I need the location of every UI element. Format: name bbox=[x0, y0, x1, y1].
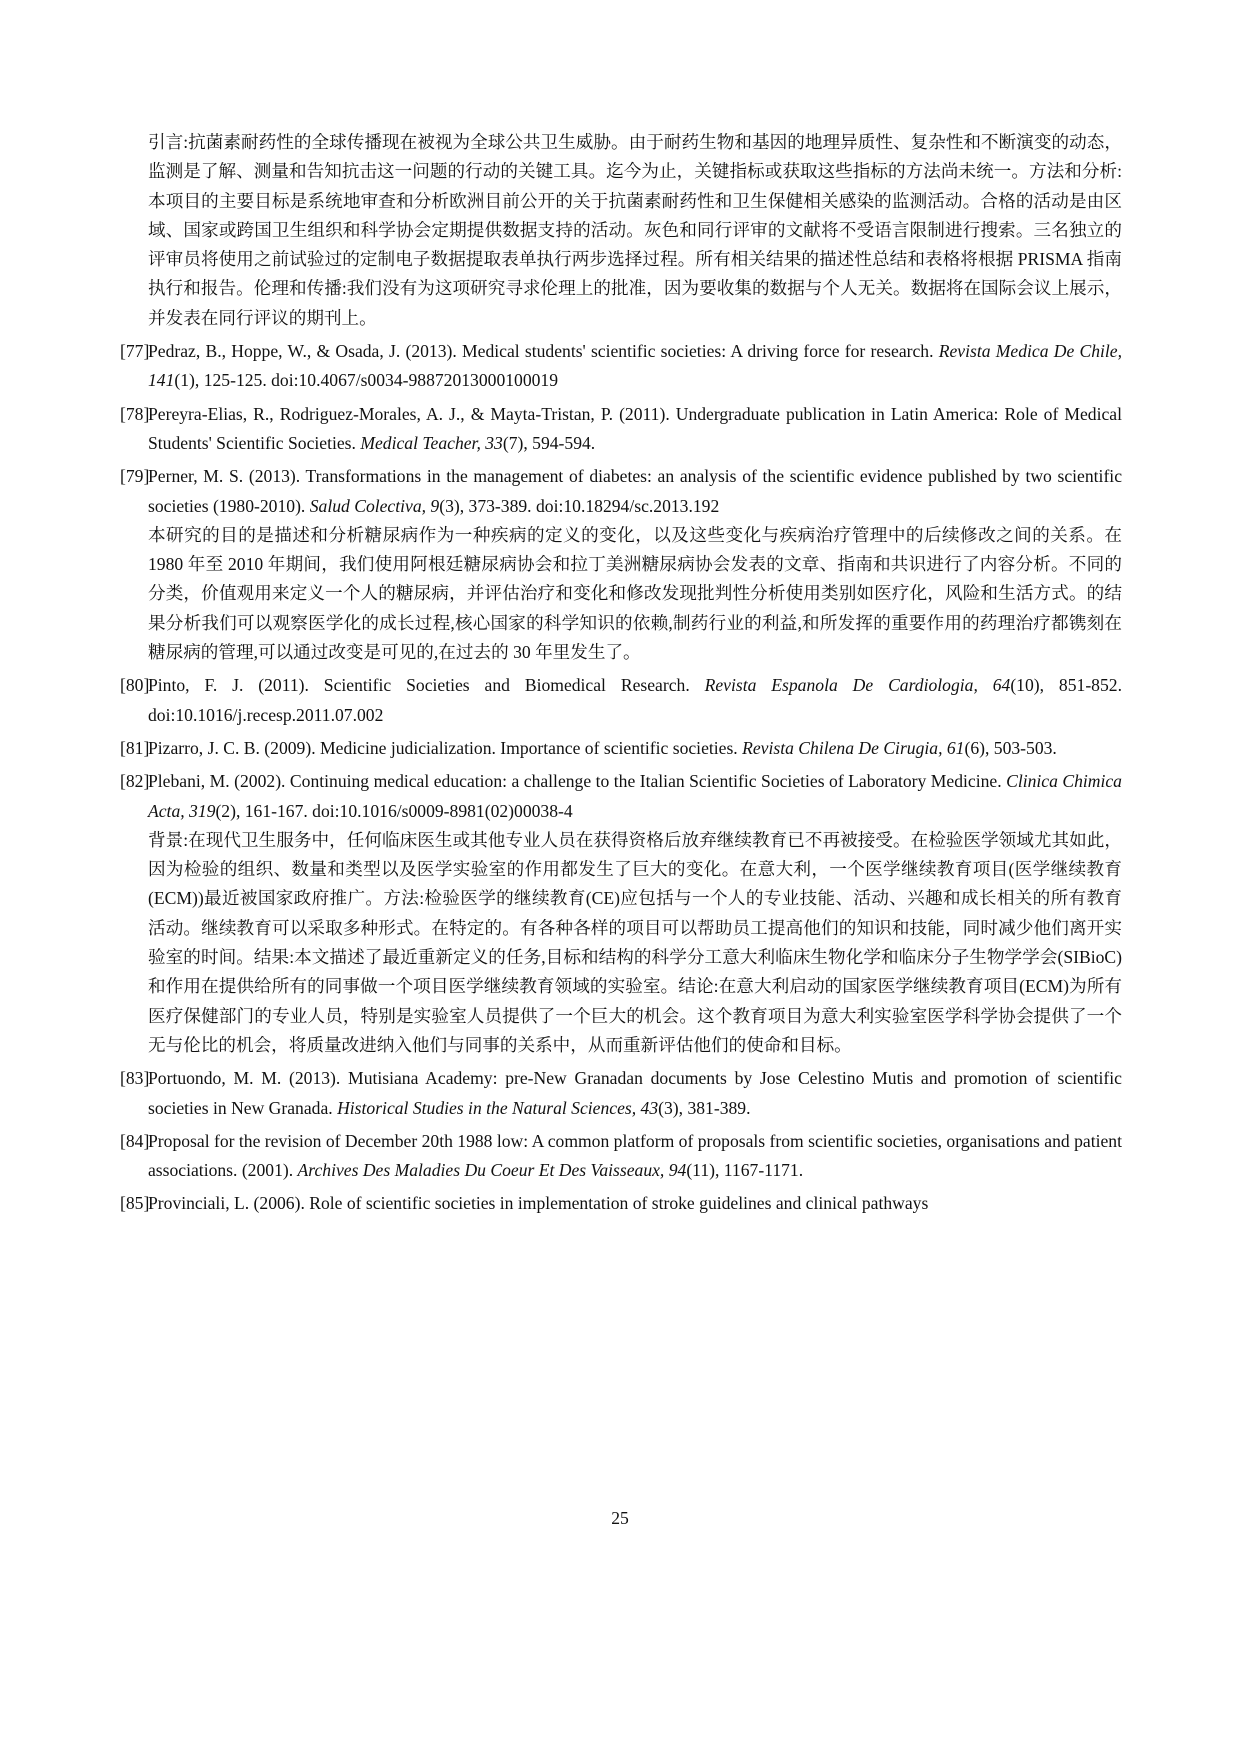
journal-title: Salud Colectiva, 9 bbox=[310, 496, 440, 516]
reference-citation: Portuondo, M. M. (2013). Mutisiana Acade… bbox=[148, 1068, 1122, 1117]
reference-number: [82] bbox=[120, 767, 149, 796]
reference-number: [79] bbox=[120, 462, 149, 491]
reference-82: [82] Plebani, M. (2002). Continuing medi… bbox=[120, 767, 1122, 1060]
intro-abstract-paragraph: 引言:抗菌素耐药性的全球传播现在被视为全球公共卫生威胁。由于耐药生物和基因的地理… bbox=[148, 128, 1122, 333]
reference-83: [83] Portuondo, M. M. (2013). Mutisiana … bbox=[120, 1064, 1122, 1123]
document-page: 引言:抗菌素耐药性的全球传播现在被视为全球公共卫生威胁。由于耐药生物和基因的地理… bbox=[0, 0, 1240, 1753]
reference-citation: Pizarro, J. C. B. (2009). Medicine judic… bbox=[148, 738, 1057, 758]
reference-citation: Pinto, F. J. (2011). Scientific Societie… bbox=[148, 675, 1122, 724]
reference-number: [81] bbox=[120, 734, 149, 763]
reference-citation: Plebani, M. (2002). Continuing medical e… bbox=[148, 771, 1122, 820]
reference-84: [84] Proposal for the revision of Decemb… bbox=[120, 1127, 1122, 1186]
page-content: 引言:抗菌素耐药性的全球传播现在被视为全球公共卫生威胁。由于耐药生物和基因的地理… bbox=[120, 128, 1122, 1219]
reference-citation: Perner, M. S. (2013). Transformations in… bbox=[148, 466, 1122, 515]
reference-abstract: 背景:在现代卫生服务中，任何临床医生或其他专业人员在获得资格后放弃继续教育已不再… bbox=[148, 826, 1122, 1060]
journal-title: Revista Espanola De Cardiologia, 64 bbox=[705, 675, 1011, 695]
journal-title: Archives Des Maladies Du Coeur Et Des Va… bbox=[298, 1160, 687, 1180]
reference-80: [80] Pinto, F. J. (2011). Scientific Soc… bbox=[120, 671, 1122, 730]
journal-title: Historical Studies in the Natural Scienc… bbox=[337, 1098, 658, 1118]
reference-81: [81] Pizarro, J. C. B. (2009). Medicine … bbox=[120, 734, 1122, 763]
reference-number: [77] bbox=[120, 337, 149, 366]
reference-85: [85] Provinciali, L. (2006). Role of sci… bbox=[120, 1189, 1122, 1218]
reference-abstract: 本研究的目的是描述和分析糖尿病作为一种疾病的定义的变化，以及这些变化与疾病治疗管… bbox=[148, 521, 1122, 667]
reference-79: [79] Perner, M. S. (2013). Transformatio… bbox=[120, 462, 1122, 667]
reference-number: [83] bbox=[120, 1064, 149, 1093]
reference-number: [84] bbox=[120, 1127, 149, 1156]
reference-citation: Pereyra-Elias, R., Rodriguez-Morales, A.… bbox=[148, 404, 1122, 453]
reference-78: [78] Pereyra-Elias, R., Rodriguez-Morale… bbox=[120, 400, 1122, 459]
reference-77: [77] Pedraz, B., Hoppe, W., & Osada, J. … bbox=[120, 337, 1122, 396]
journal-title: Revista Chilena De Cirugia, 61 bbox=[742, 738, 964, 758]
page-number: 25 bbox=[0, 1507, 1240, 1529]
reference-number: [78] bbox=[120, 400, 149, 429]
reference-citation: Pedraz, B., Hoppe, W., & Osada, J. (2013… bbox=[148, 341, 1122, 390]
journal-title: Medical Teacher, 33 bbox=[360, 433, 503, 453]
reference-citation: Proposal for the revision of December 20… bbox=[148, 1131, 1122, 1180]
reference-citation: Provinciali, L. (2006). Role of scientif… bbox=[148, 1193, 928, 1213]
reference-number: [85] bbox=[120, 1189, 149, 1218]
reference-number: [80] bbox=[120, 671, 149, 700]
